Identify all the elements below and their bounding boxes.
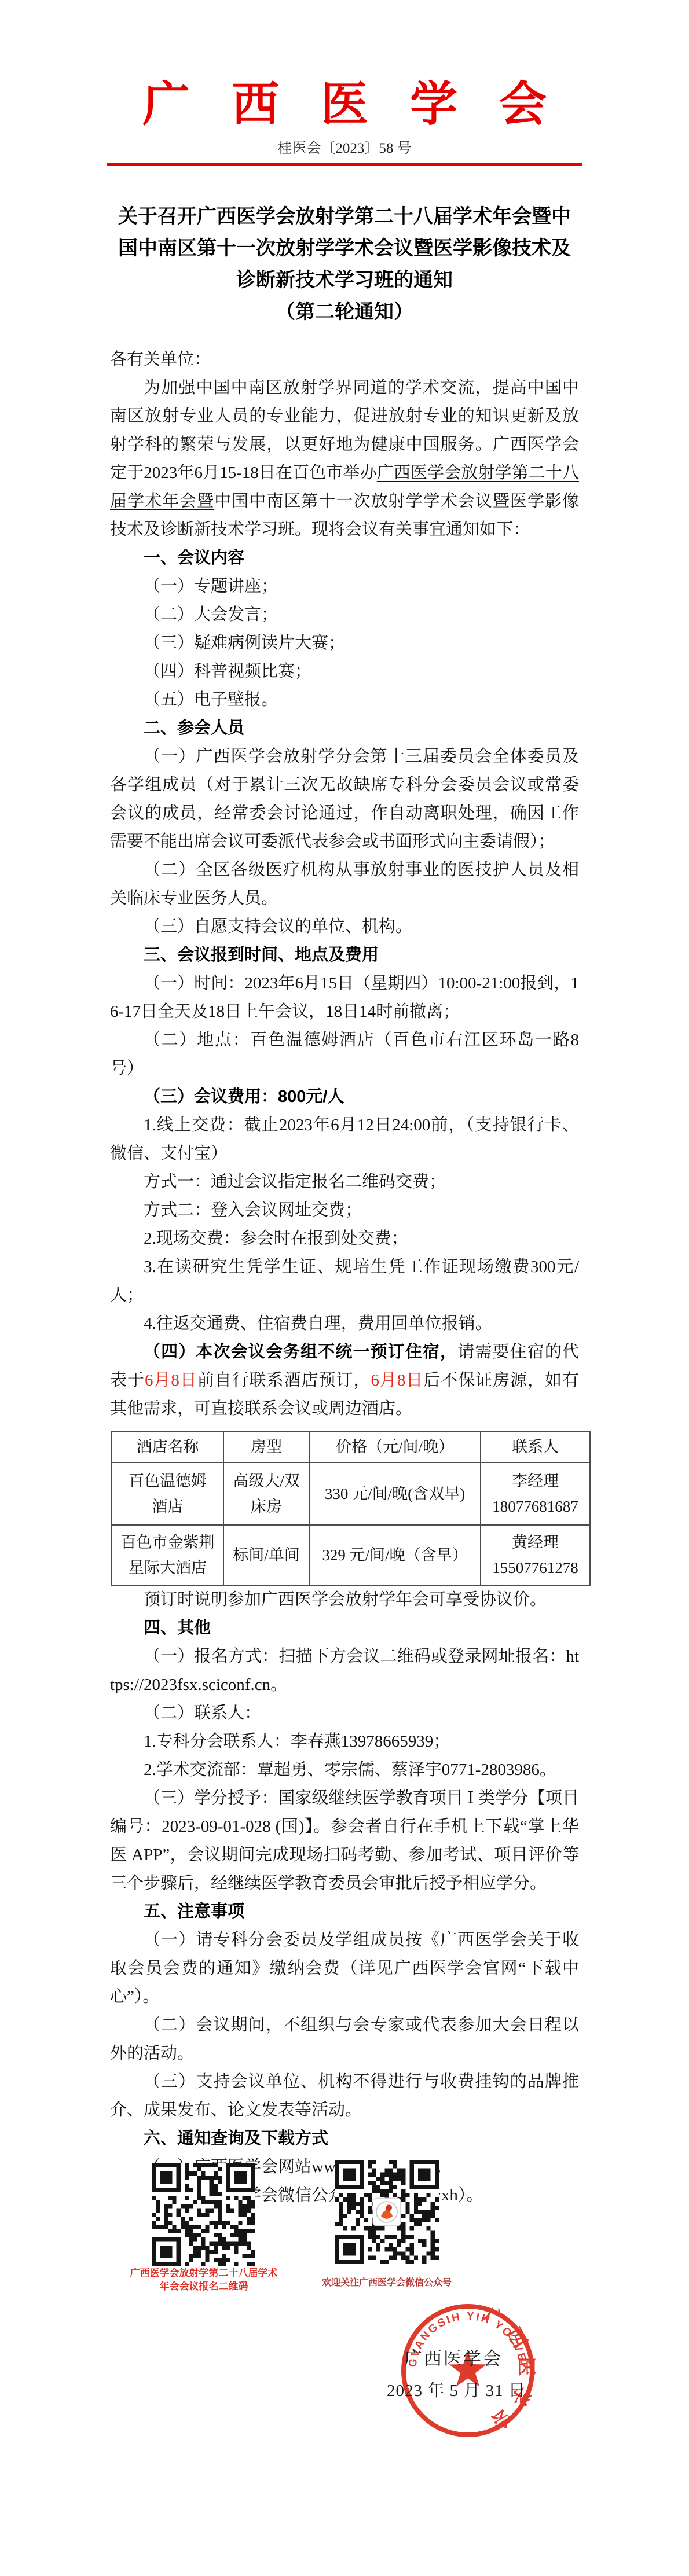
hotel-name-cell: 百色市金紫荆星际大酒店 xyxy=(112,1525,223,1585)
doc-number: 桂医会〔2023〕58 号 xyxy=(0,140,689,157)
registration-qr-caption-line: 广西医学会放射学第二十八届学术 xyxy=(113,2266,294,2280)
salutation: 各有关单位： xyxy=(110,346,579,374)
col-header-contact: 联系人 xyxy=(481,1431,590,1462)
section-5-item: （三）支持会议单位、机构不得进行与收费挂钩的品牌推介、成果发布、论文发表等活动。 xyxy=(110,2068,579,2125)
document-page: 广西医学会 桂医会〔2023〕58 号 关于召开广西医学会放射学第二十八届学术年… xyxy=(0,0,689,2576)
section-3-fee: （三）会议费用：800元/人 xyxy=(110,1083,579,1111)
room-type-cell: 标间/单间 xyxy=(223,1525,309,1585)
section-3-fee-item: 3.在读研究生凭学生证、规培生凭工作证现场缴费300元/人； xyxy=(110,1253,579,1310)
section-4-heading: 四、其他 xyxy=(110,1614,579,1642)
section-4-item: （二）联系人： xyxy=(110,1699,579,1728)
deadline-date-highlight: 6月8日 xyxy=(145,1371,197,1390)
price-cell: 329 元/间/晚（含早） xyxy=(309,1525,481,1585)
table-row: 百色市金紫荆星际大酒店 标间/单间 329 元/间/晚（含早） 黄经理15507… xyxy=(112,1525,590,1585)
section-1-item: （二）大会发言； xyxy=(110,601,579,629)
section-2-item: （一）广西医学会放射学分会第十三届委员会全体委员及各学组成员（对于累计三次无故缺… xyxy=(110,743,579,856)
hotel-table-header-row: 酒店名称 房型 价格（元/间/晚） 联系人 xyxy=(112,1431,590,1462)
section-3-heading: 三、会议报到时间、地点及费用 xyxy=(110,941,579,969)
col-header-hotel: 酒店名称 xyxy=(112,1431,223,1462)
section-3-fee-item: 方式二：登入会议网址交费； xyxy=(110,1196,579,1225)
price-cell: 330 元/间/晚(含双早) xyxy=(309,1462,481,1525)
lodging-bold-lead: （四）本次会议会务组不统一预订住宿， xyxy=(144,1343,457,1361)
footer-area: 广西医学会放射学第二十八届学术 年会会议报名二维码 欢迎关注广西医学会微信公众号… xyxy=(110,2152,579,2568)
deadline-date-highlight: 6月8日 xyxy=(371,1371,423,1390)
notice-title-line-2: 国中南区第十一次放射学学术会议暨医学影像技术及 xyxy=(0,233,689,264)
section-5-item: （一）请专科分会委员及学组成员按《广西医学会关于收取会员会费的通知》缴纳会费（详… xyxy=(110,1926,579,2011)
section-2-item: （二）全区各级医疗机构从事放射事业的医技护人员及相关临床专业医务人员。 xyxy=(110,856,579,913)
col-header-room: 房型 xyxy=(223,1431,309,1462)
hotel-name-line: 百色温德姆 xyxy=(113,1468,222,1494)
section-3-lodging-paragraph: （四）本次会议会务组不统一预订住宿，请需要住宿的代表于6月8日前自行联系酒店预订… xyxy=(110,1338,579,1423)
registration-qr-code xyxy=(152,2163,255,2266)
hotel-name-line: 百色市金紫荆 xyxy=(113,1530,222,1555)
section-4-item: 1.专科分会联系人：李春燕13978665939； xyxy=(110,1728,579,1756)
hotel-name-line: 星际大酒店 xyxy=(113,1555,222,1581)
section-5-item: （二）会议期间，不组织与会专家或代表参加大会日程以外的活动。 xyxy=(110,2011,579,2068)
seal-cn-text: 广西医学会 xyxy=(481,2303,536,2437)
notice-body: 各有关单位： 为加强中国中南区放射学界同道的学术交流，提高中国中南区放射专业人员… xyxy=(0,346,689,2210)
room-type-line: 床房 xyxy=(225,1494,307,1519)
col-header-price: 价格（元/间/晚） xyxy=(309,1431,481,1462)
section-6-heading: 六、通知查询及下载方式 xyxy=(110,2125,579,2153)
notice-title-line-1: 关于召开广西医学会放射学第二十八届学术年会暨中 xyxy=(0,201,689,233)
table-note: 预订时说明参加广西医学会放射学年会可享受协议价。 xyxy=(110,1586,579,1614)
section-5-heading: 五、注意事项 xyxy=(110,1898,579,1926)
svg-text:广西医学会: 广西医学会 xyxy=(481,2303,536,2437)
section-1-item: （一）专题讲座； xyxy=(110,572,579,601)
hotel-table: 酒店名称 房型 价格（元/间/晚） 联系人 百色温德姆酒店 高级大/双床房 33… xyxy=(111,1431,591,1586)
section-1-item: （四）科普视频比赛； xyxy=(110,657,579,686)
table-row: 百色温德姆酒店 高级大/双床房 330 元/间/晚(含双早) 李经理180776… xyxy=(112,1462,590,1525)
letterhead-org-name-text: 广西医学会 xyxy=(142,78,588,131)
section-1-item: （五）电子壁报。 xyxy=(110,686,579,714)
section-3-place: （二）地点：百色温德姆酒店（百色市右江区环岛一路8号） xyxy=(110,1026,579,1083)
intro-paragraph: 为加强中国中南区放射学界同道的学术交流，提高中国中南区放射专业人员的专业能力，促… xyxy=(110,374,579,544)
contact-name: 李经理 xyxy=(482,1468,588,1494)
lodging-text: 前自行联系酒店预订， xyxy=(197,1371,371,1390)
section-3-fee-item: 1.线上交费：截止2023年6月12日24:00前，（支持银行卡、微信、支付宝） xyxy=(110,1111,579,1168)
section-3-fee-item: 4.往返交通费、住宿费自理，费用回单位报销。 xyxy=(110,1310,579,1338)
signature-date: 2023 年 5 月 31 日 xyxy=(387,2377,526,2401)
signature-org: 广西医学会 xyxy=(404,2344,503,2370)
contact-cell: 黄经理15507761278 xyxy=(481,1525,590,1585)
section-1-item: （三）疑难病例读片大赛； xyxy=(110,629,579,657)
wechat-qr-code xyxy=(335,2160,439,2264)
contact-phone: 15507761278 xyxy=(482,1555,588,1581)
section-4-item: 2.学术交流部：覃超勇、零宗儒、蔡泽宇0771-2803986。 xyxy=(110,1756,579,1784)
letterhead-divider xyxy=(107,163,582,166)
contact-cell: 李经理18077681687 xyxy=(481,1462,590,1525)
section-4-item: （三）学分授予：国家级继续医学教育项目 Ⅰ 类学分【项目编号：2023-09-0… xyxy=(110,1784,579,1898)
wechat-qr-image xyxy=(335,2160,439,2264)
section-2-item: （三）自愿支持会议的单位、机构。 xyxy=(110,913,579,941)
section-3-time: （一）时间：2023年6月15日（星期四）10:00-21:00报到，16-17… xyxy=(110,969,579,1026)
section-3-fee-item: 2.现场交费：参会时在报到处交费； xyxy=(110,1225,579,1253)
hotel-name-cell: 百色温德姆酒店 xyxy=(112,1462,223,1525)
section-4-item: （一）报名方式：扫描下方会议二维码或登录网址报名：https://2023fsx… xyxy=(110,1642,579,1699)
section-3-fee-item: 方式一：通过会议指定报名二维码交费； xyxy=(110,1168,579,1196)
notice-title-line-4: （第二轮通知） xyxy=(0,296,689,328)
hotel-name-line: 酒店 xyxy=(113,1494,222,1519)
wechat-qr-caption: 欢迎关注广西医学会微信公众号 xyxy=(300,2277,474,2289)
room-type-cell: 高级大/双床房 xyxy=(223,1462,309,1525)
section-2-heading: 二、参会人员 xyxy=(110,714,579,743)
room-type-line: 高级大/双 xyxy=(225,1468,307,1494)
letterhead-org-name: 广西医学会 xyxy=(0,80,689,130)
registration-qr-image xyxy=(152,2163,255,2266)
contact-name: 黄经理 xyxy=(482,1530,588,1555)
official-seal: GVANGSIH YIH YOZVEI 广西医学会 xyxy=(398,2301,537,2440)
registration-qr-caption: 广西医学会放射学第二十八届学术 年会会议报名二维码 xyxy=(113,2266,294,2293)
notice-title: 关于召开广西医学会放射学第二十八届学术年会暨中 国中南区第十一次放射学学术会议暨… xyxy=(0,201,689,328)
section-1-heading: 一、会议内容 xyxy=(110,544,579,572)
contact-phone: 18077681687 xyxy=(482,1494,588,1519)
notice-title-line-3: 诊断新技术学习班的通知 xyxy=(0,264,689,296)
registration-qr-caption-line: 年会会议报名二维码 xyxy=(113,2280,294,2293)
